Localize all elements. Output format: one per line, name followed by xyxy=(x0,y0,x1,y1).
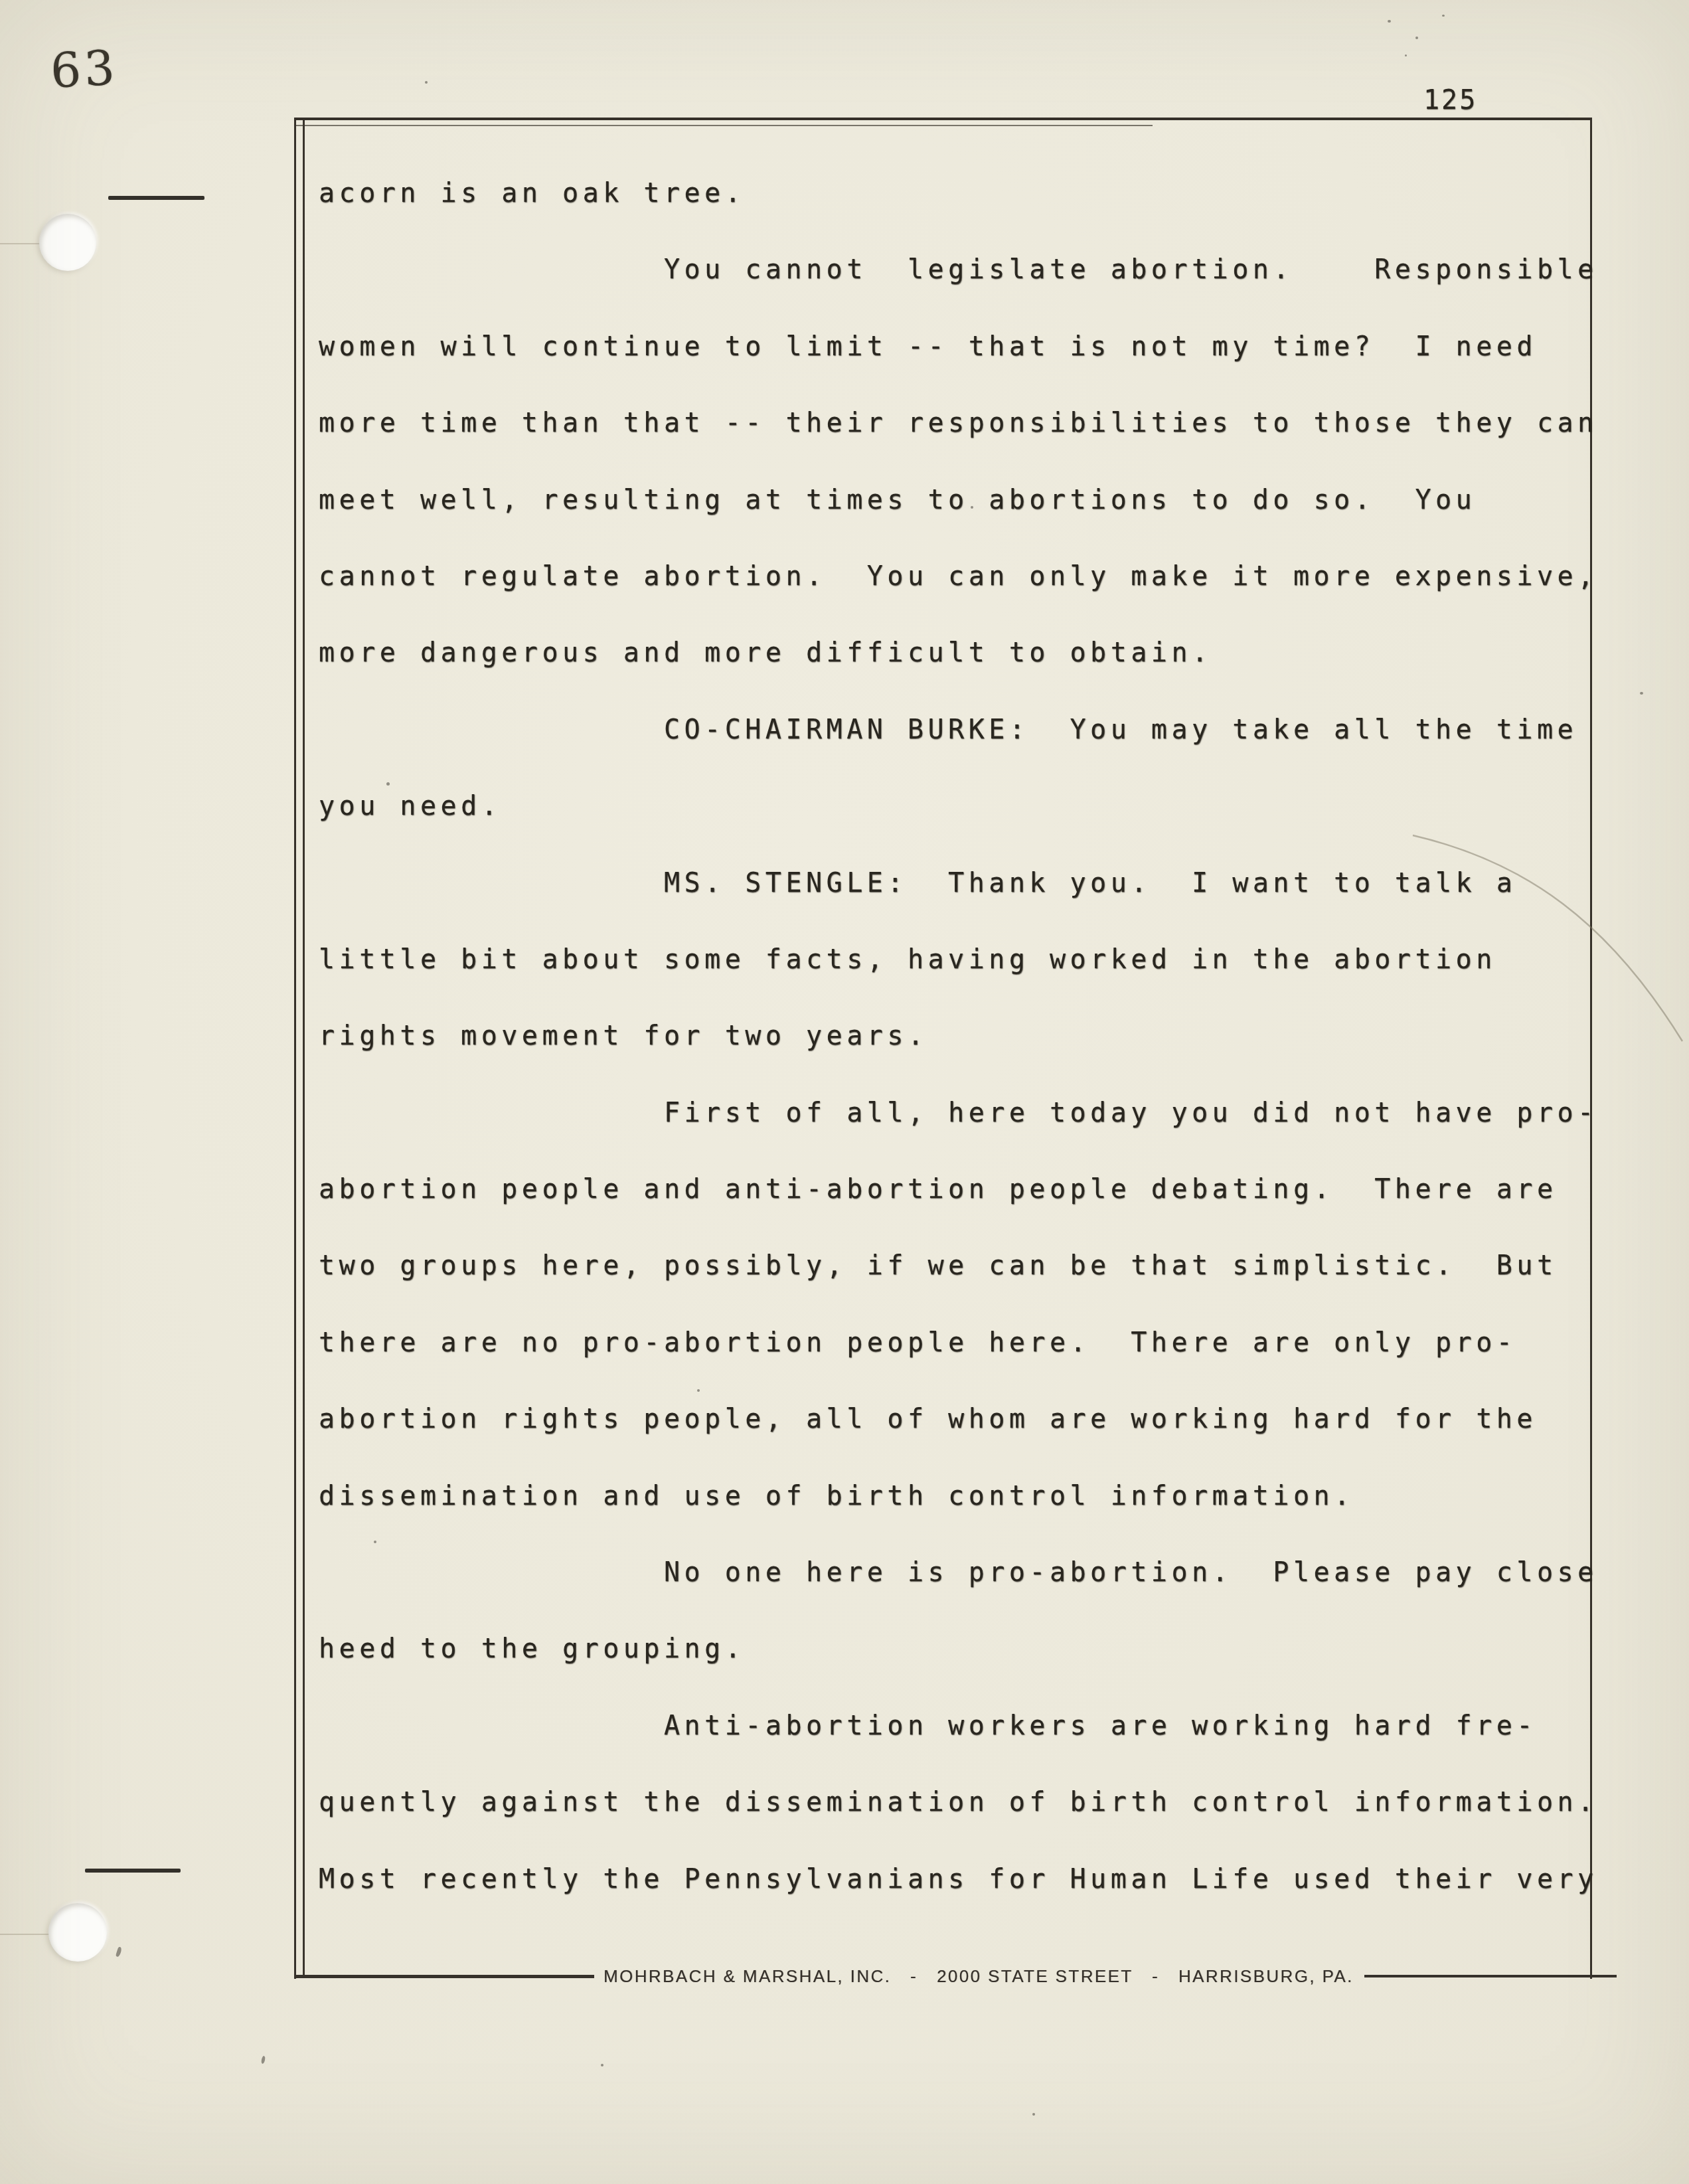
scanned-transcript-page: 63 125 acorn is an oak tree. You cannot … xyxy=(0,0,1689,2184)
transcript-line: You cannot legislate abortion. Responsib… xyxy=(319,232,1598,308)
footer-text: MOHRBACH & MARSHAL, INC. - 2000 STATE ST… xyxy=(603,1966,1354,1987)
transcript-line: dissemination and use of birth control i… xyxy=(319,1458,1598,1535)
transcript-line: abortion rights people, all of whom are … xyxy=(319,1381,1598,1458)
transcript-line: little bit about some facts, having work… xyxy=(319,922,1598,998)
transcript-line: Anti-abortion workers are working hard f… xyxy=(319,1688,1598,1764)
transcript-line: CO-CHAIRMAN BURKE: You may take all the … xyxy=(319,692,1598,768)
hole-punch-top xyxy=(39,214,96,271)
transcript-line: more dangerous and more difficult to obt… xyxy=(319,615,1598,691)
transcript-line: there are no pro-abortion people here. T… xyxy=(319,1305,1598,1381)
transcript-line: meet well, resulting at times to abortio… xyxy=(319,462,1598,539)
hole-punch-bottom xyxy=(48,1903,107,1962)
page-border-inner-top-line xyxy=(296,125,1153,126)
transcript-line: heed to the grouping. xyxy=(319,1611,1598,1687)
page-border-inner-left-line xyxy=(303,120,305,1976)
transcript-line: cannot regulate abortion. You can only m… xyxy=(319,539,1598,615)
transcript-line: women will continue to limit -- that is … xyxy=(319,309,1598,385)
margin-tick-bottom xyxy=(85,1869,181,1873)
footer-rule-left xyxy=(294,1975,594,1978)
typed-page-number: 125 xyxy=(1423,85,1477,116)
transcript-line: two groups here, possibly, if we can be … xyxy=(319,1228,1598,1304)
paper-crease-bottom xyxy=(0,1934,49,1935)
transcript-line: quently against the dissemination of bir… xyxy=(319,1764,1598,1841)
transcript-line: Most recently the Pennsylvanians for Hum… xyxy=(319,1841,1598,1918)
transcript-line: you need. xyxy=(319,768,1598,845)
transcript-line: abortion people and anti-abortion people… xyxy=(319,1151,1598,1228)
transcript-text: acorn is an oak tree. You cannot legisla… xyxy=(319,155,1598,1918)
transcript-line: more time than that -- their responsibil… xyxy=(319,385,1598,462)
transcript-line: acorn is an oak tree. xyxy=(319,155,1598,232)
printer-credit-footer: MOHRBACH & MARSHAL, INC. - 2000 STATE ST… xyxy=(294,1960,1617,1993)
transcript-line: rights movement for two years. xyxy=(319,998,1598,1074)
footer-rule-right xyxy=(1364,1975,1617,1977)
transcript-line: First of all, here today you did not hav… xyxy=(319,1075,1598,1151)
margin-tick-top xyxy=(108,196,204,200)
paper-crease-top xyxy=(0,243,41,244)
transcript-line: No one here is pro-abortion. Please pay … xyxy=(319,1535,1598,1611)
transcript-line: MS. STENGLE: Thank you. I want to talk a xyxy=(319,845,1598,922)
handwritten-page-number: 63 xyxy=(49,39,120,98)
